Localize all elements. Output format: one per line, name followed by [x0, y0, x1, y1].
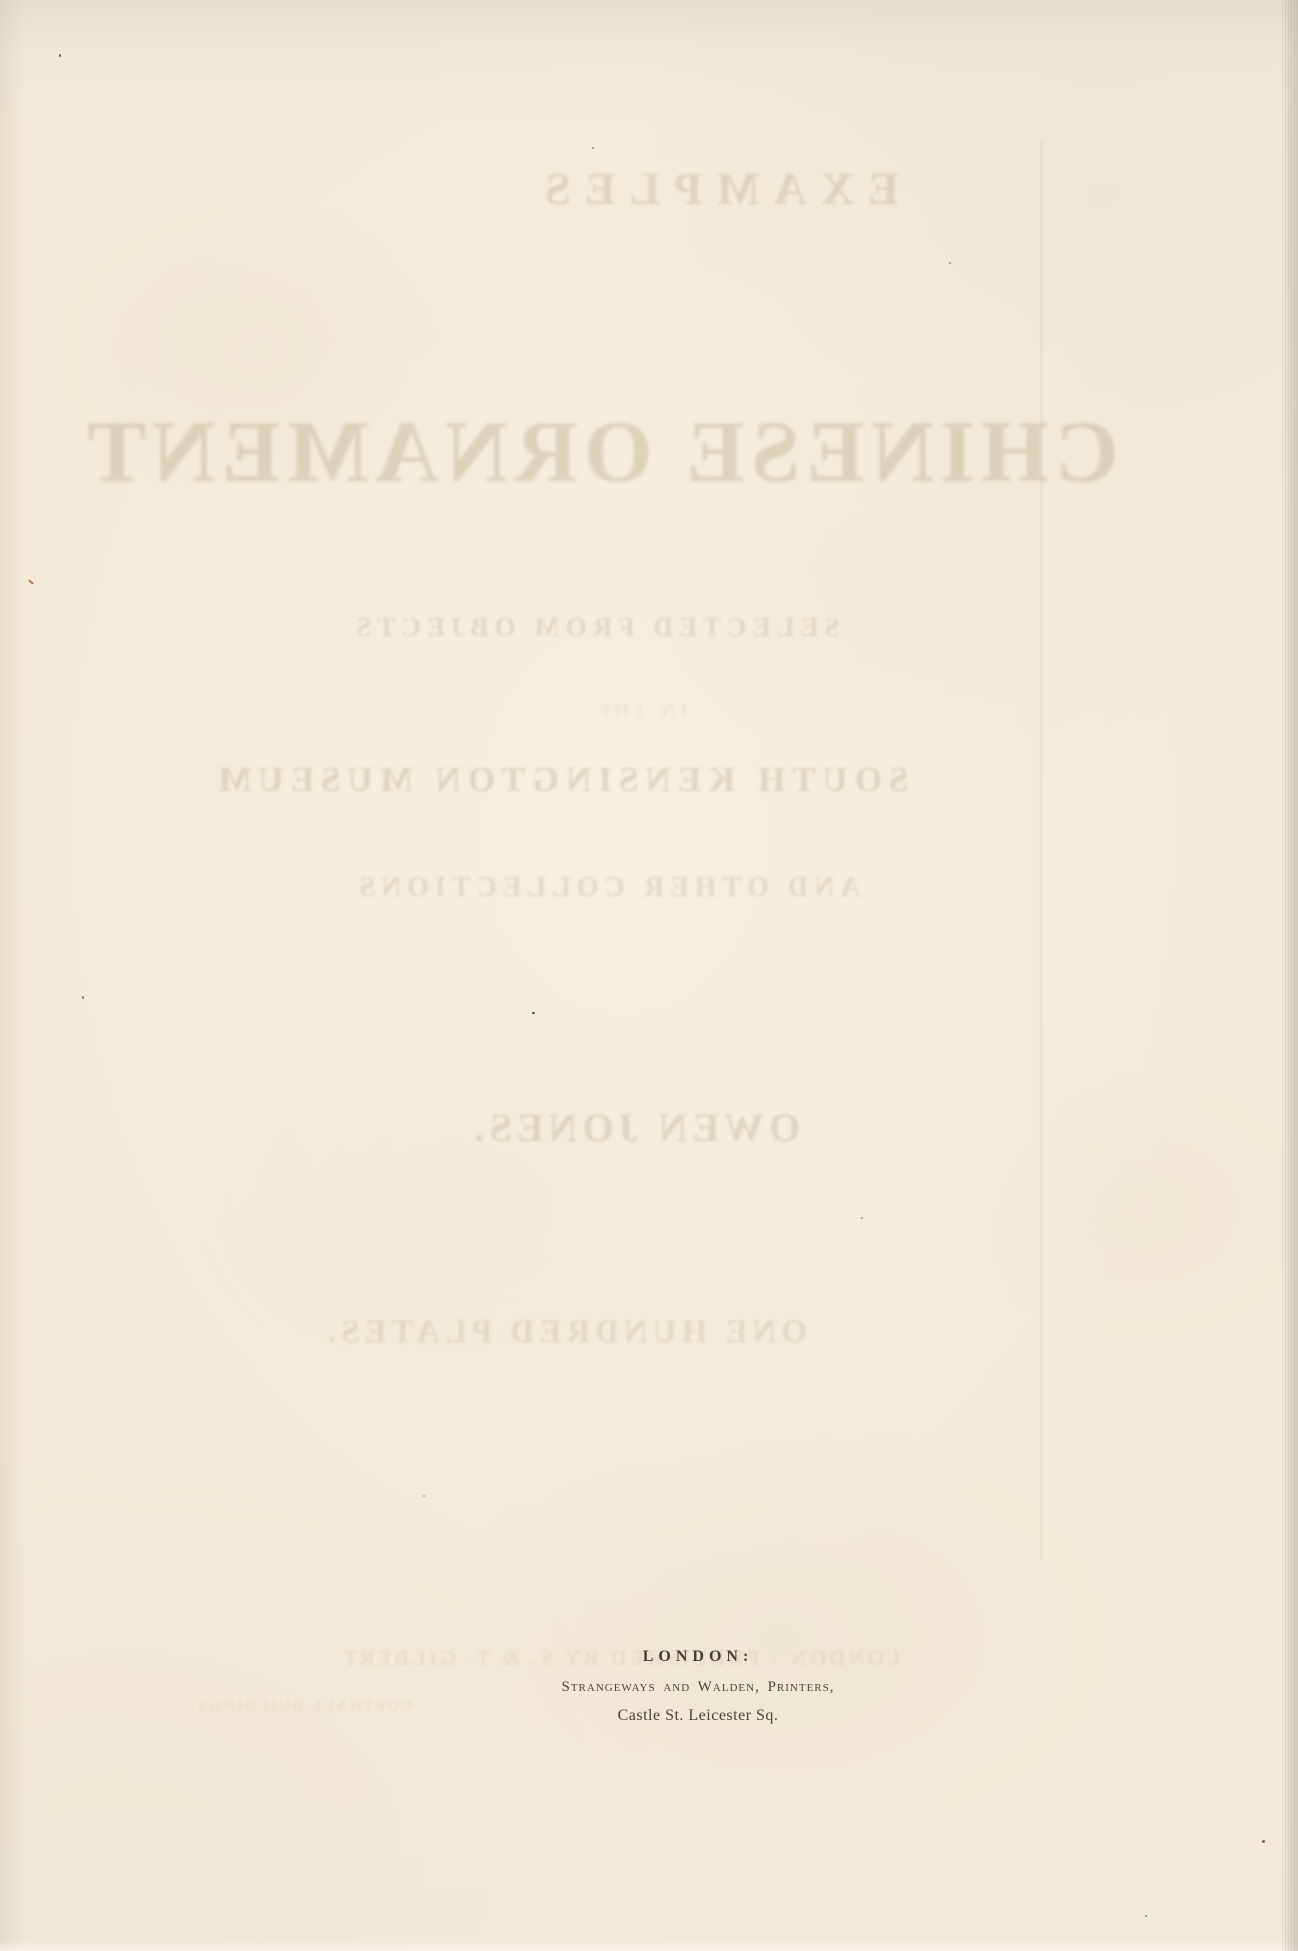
colophon-address-line: Castle St. Leicester Sq.: [618, 1707, 779, 1725]
paper-speck: [423, 1495, 425, 1497]
ghost-text-selected-from-objects: SELECTED FROM OBJECTS: [350, 612, 839, 643]
page-edge-top: [0, 0, 1298, 54]
paper-speck: [532, 1012, 536, 1015]
paper-crease-line: [1041, 140, 1042, 1560]
colophon-city-line: LONDON:: [643, 1648, 754, 1666]
scanned-book-page: EXAMPLES CHINESE ORNAMENT SELECTED FROM …: [0, 0, 1298, 1951]
ghost-text-in-the: IN THE: [593, 700, 688, 723]
ghost-text-one-hundred-plates: ONE HUNDRED PLATES.: [323, 1314, 807, 1351]
paper-speck: [861, 1217, 863, 1219]
ghost-text-examples: EXAMPLES: [531, 162, 899, 215]
paper-speck: [949, 262, 951, 264]
ghost-text-south-kensington-museum: SOUTH KENSINGTON MUSEUM: [211, 760, 908, 800]
page-edge-left: [0, 0, 26, 1951]
colophon-printer-line: Strangeways and Walden, Printers,: [561, 1679, 834, 1696]
ghost-text-and-other-collections: AND OTHER COLLECTIONS: [353, 872, 860, 904]
page-edge-right: [1282, 0, 1298, 1951]
ghost-text-chinese-ornament: CHINESE ORNAMENT: [81, 402, 1118, 503]
ghost-text-imprint-line-2: COPTHALL BUILDINGS.: [188, 1698, 411, 1715]
paper-speck: [1262, 1840, 1265, 1843]
paper-fiber: [28, 579, 34, 584]
page-edge-bottom: [0, 1941, 1298, 1951]
ghost-text-owen-jones: OWEN JONES.: [470, 1104, 801, 1151]
paper-speck: [592, 147, 594, 149]
ghost-text-imprint-line: LONDON : PUBLISHED BY S. & T. GILBERT: [340, 1646, 900, 1671]
paper-speck: [59, 54, 61, 57]
paper-speck: [82, 996, 84, 999]
paper-speck: [1145, 1915, 1147, 1917]
